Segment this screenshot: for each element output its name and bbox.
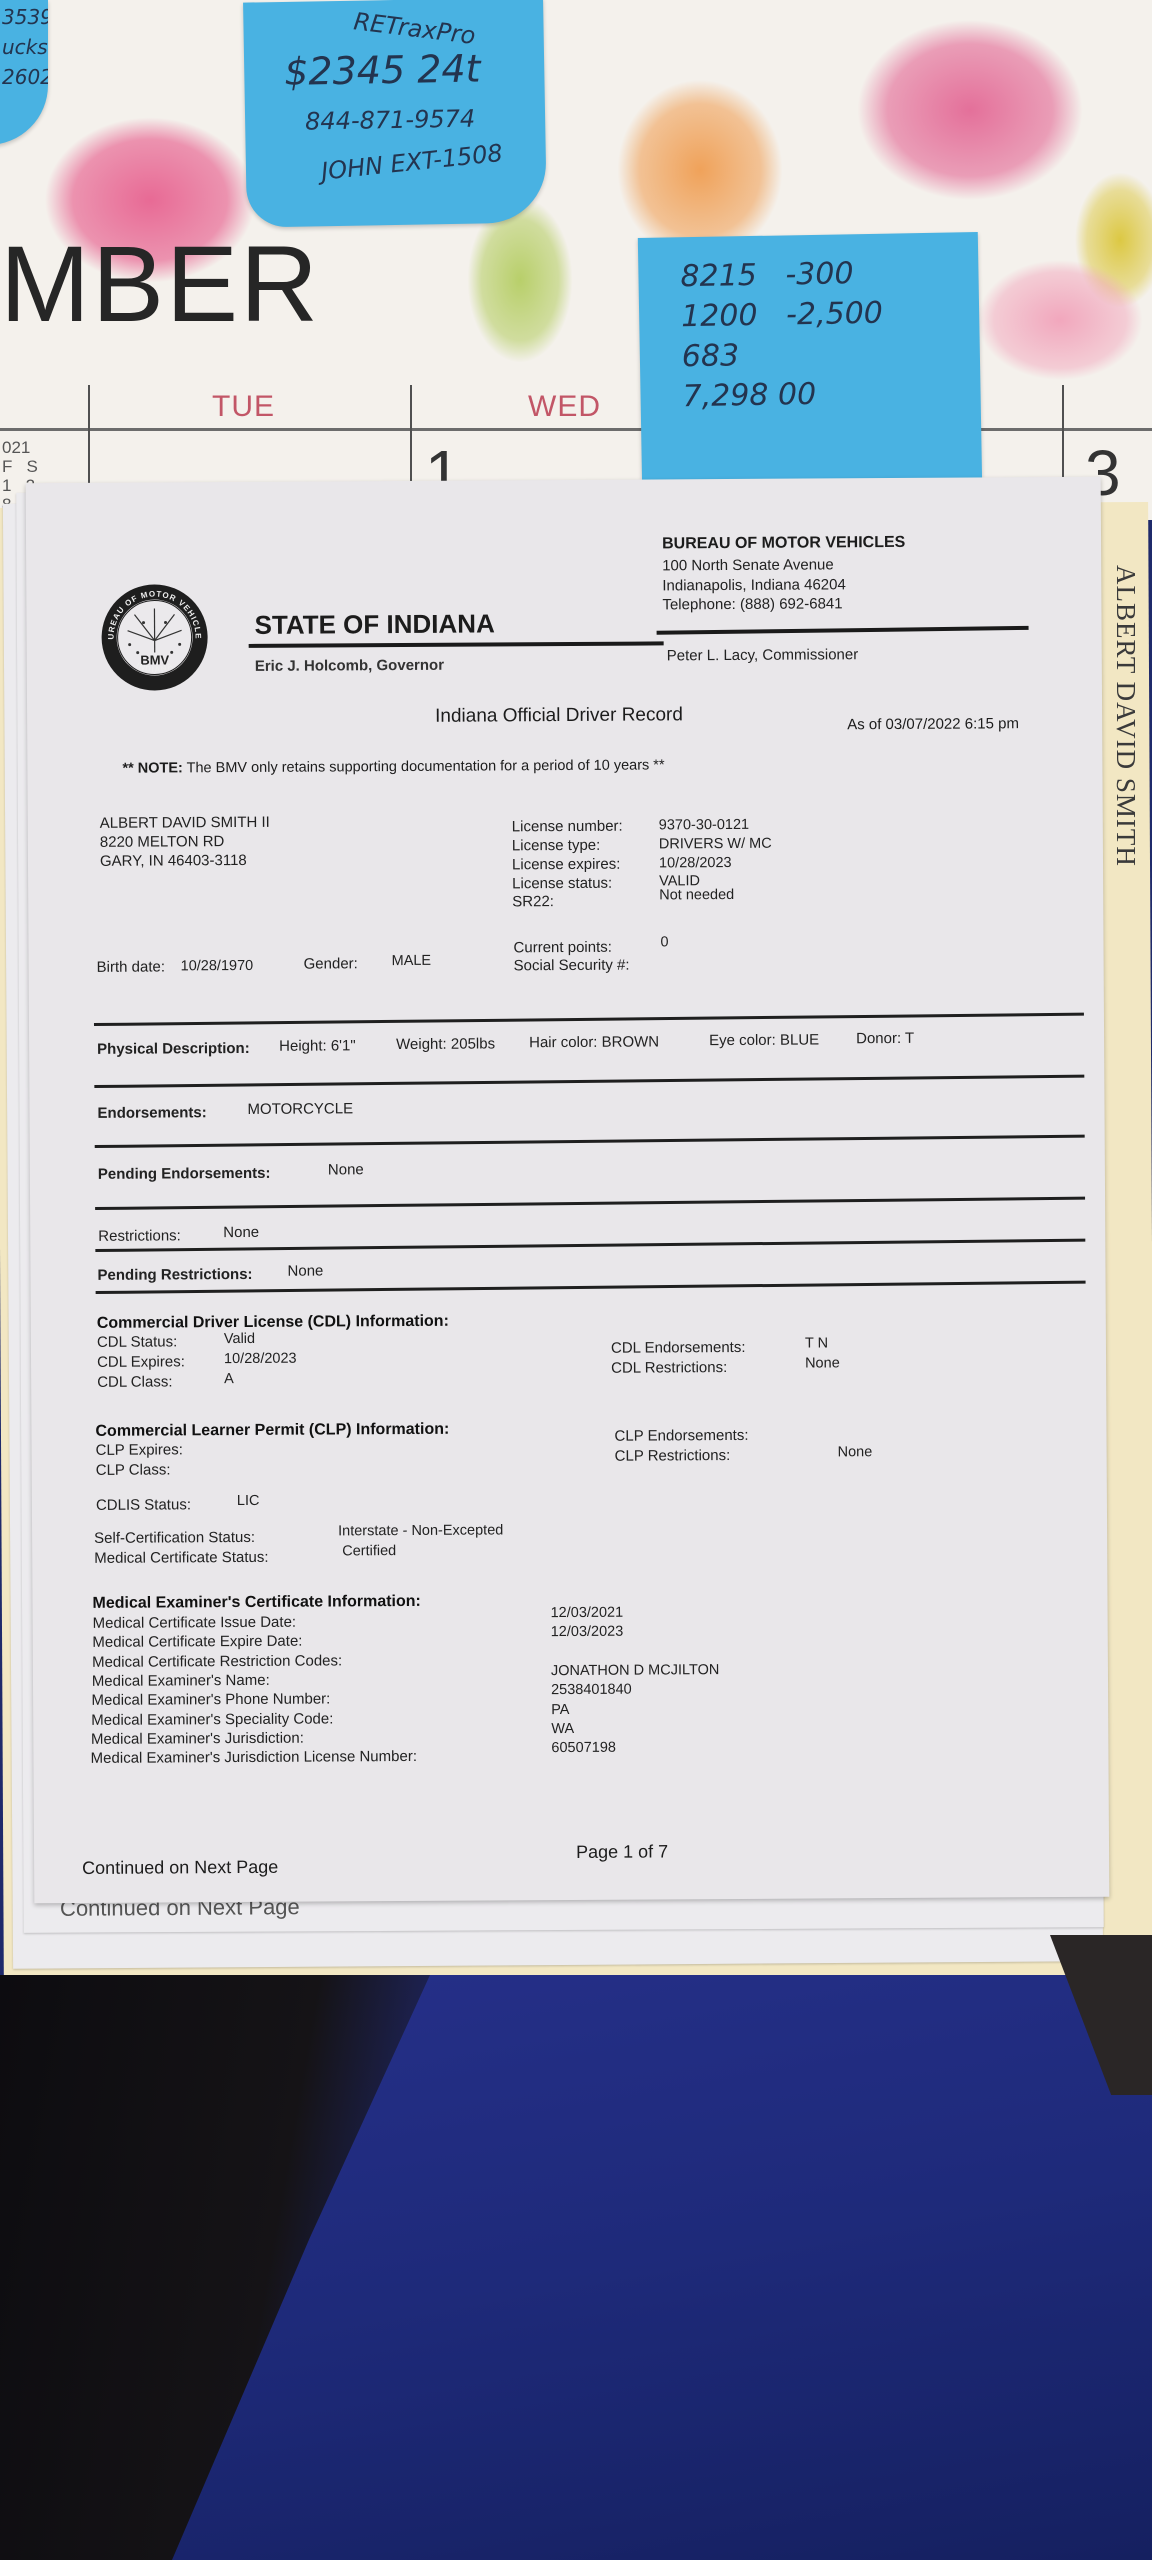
cdl-restrictions-label: CDL Restrictions: [611,1359,727,1377]
calendar-day-wed: WED [528,390,601,424]
folder-label: ALBERT DAVID SMITH [1110,565,1141,867]
clp-heading: Commercial Learner Permit (CLP) Informat… [95,1421,449,1441]
cdl-expires-label: CDL Expires: [97,1353,185,1371]
note-text: The BMV only retains supporting document… [183,757,665,776]
birth-date-label: Birth date: [97,958,165,975]
eye-color-value: Eye color: BLUE [709,1031,819,1049]
agency-address-line: 100 North Senate Avenue [662,556,834,574]
medical-row-label: Medical Examiner's Name: [92,1672,270,1690]
section-divider [95,1135,1085,1148]
cdl-status-value: Valid [224,1331,255,1347]
header-rule [657,626,1029,635]
license-type-label: License type: [512,837,600,855]
commissioner-name: Peter L. Lacy, Commissioner [667,646,859,664]
self-certification-value: Interstate - Non-Excepted [338,1522,503,1539]
medical-row-value: PA [551,1701,569,1717]
sticky-note: 8215 -300 1200 -2,500 683 7,298 00 [638,232,982,493]
pending-endorsements-value: None [328,1161,364,1178]
donor-value: Donor: T [856,1030,914,1047]
gender-label: Gender: [304,955,358,972]
physical-description-label: Physical Description: [97,1040,250,1058]
gender-value: MALE [392,953,432,969]
sticky-note-line: 3539 [2,2,48,32]
restrictions-value: None [223,1224,259,1241]
medical-row-label: Medical Examiner's Jurisdiction: [91,1729,304,1747]
medical-examiner-heading: Medical Examiner's Certificate Informati… [92,1593,420,1613]
medical-row-value: 12/03/2023 [551,1624,624,1640]
medical-certificate-status-value: Certified [342,1543,396,1559]
medical-row-value: JONATHON D MCJILTON [551,1662,719,1679]
section-divider [94,1075,1084,1088]
pending-endorsements-label: Pending Endorsements: [98,1165,271,1183]
endorsements-value: MOTORCYCLE [247,1100,353,1118]
license-type-value: DRIVERS W/ MC [659,836,772,853]
restrictions-label: Restrictions: [98,1227,181,1245]
ssn-label: Social Security #: [514,957,630,975]
license-status-label: License status: [512,875,612,893]
medical-row-label: Medical Certificate Restriction Codes: [92,1652,342,1671]
medical-certificate-status-label: Medical Certificate Status: [94,1549,268,1567]
driver-name: ALBERT DAVID SMITH II [100,814,270,832]
document-title: Indiana Official Driver Record [435,704,683,728]
license-number-label: License number: [512,818,623,836]
pending-restrictions-value: None [287,1262,323,1279]
medical-row-value: 60507198 [551,1740,616,1756]
note-prefix: ** NOTE: [122,760,183,776]
cdl-status-label: CDL Status: [97,1333,177,1350]
state-title: STATE OF INDIANA [254,608,494,640]
as-of-timestamp: As of 03/07/2022 6:15 pm [847,715,1019,733]
medical-row-value: 12/03/2021 [551,1605,624,1621]
sticky-note-line: 8215 -300 [680,253,937,297]
clp-class-label: CLP Class: [96,1461,171,1478]
agency-name: BUREAU OF MOTOR VEHICLES [662,534,905,553]
sticky-note-line: 1200 -2,500 [681,293,938,337]
pending-restrictions-label: Pending Restrictions: [97,1266,252,1284]
cdl-restrictions-value: None [805,1355,840,1371]
medical-row-label: Medical Examiner's Phone Number: [91,1691,330,1709]
retention-note: ** NOTE: The BMV only retains supporting… [122,757,664,776]
sr22-label: SR22: [512,893,554,910]
clp-expires-label: CLP Expires: [96,1441,183,1459]
hair-color-value: Hair color: BROWN [529,1033,659,1051]
clp-restrictions-value: None [838,1444,873,1460]
cdl-endorsements-label: CDL Endorsements: [611,1339,746,1357]
medical-row-value: WA [551,1721,574,1737]
current-points-label: Current points: [513,939,611,957]
driver-street: 8220 MELTON RD [100,833,225,851]
cdl-class-value: A [224,1371,234,1387]
governor-name: Eric J. Holcomb, Governor [255,657,444,675]
calendar-month-title: MBER [0,230,320,338]
agency-telephone: Telephone: (888) 692-6841 [662,595,842,613]
medical-row-label: Medical Examiner's Jurisdiction License … [91,1748,417,1767]
weight-value: Weight: 205lbs [396,1035,495,1053]
medical-row-label: Medical Examiner's Speciality Code: [91,1710,333,1728]
cdl-class-label: CDL Class: [97,1373,172,1390]
cdl-endorsements-value: T N [805,1335,828,1351]
self-certification-label: Self-Certification Status: [94,1529,255,1547]
driver-record-page: BMV BUREAU OF MOTOR VEHICLES INDIANA STA… [26,477,1110,1904]
continued-notice: Continued on Next Page [82,1857,278,1879]
driver-city-state-zip: GARY, IN 46403-3118 [100,852,247,870]
cdlis-status-value: LIC [237,1493,260,1509]
sticky-note: RETraxPro $2345 24t 844-871-9574 JOHN EX… [243,0,547,228]
cdlis-status-label: CDLIS Status: [96,1496,191,1514]
header-rule [249,641,664,648]
endorsements-label: Endorsements: [97,1104,206,1122]
medical-row-value: 2538401840 [551,1682,632,1698]
section-divider [95,1197,1085,1210]
height-value: Height: 6'1" [279,1037,356,1054]
medical-row-label: Medical Certificate Issue Date: [93,1614,297,1632]
cdl-expires-value: 10/28/2023 [224,1351,297,1367]
sr22-value: Not needed [659,887,734,903]
agency-address-line: Indianapolis, Indiana 46204 [662,576,846,594]
clp-restrictions-label: CLP Restrictions: [615,1447,731,1465]
section-divider [94,1013,1084,1026]
license-number-value: 9370-30-0121 [659,817,749,834]
clp-endorsements-label: CLP Endorsements: [614,1427,748,1445]
mini-calendar-line: 021 [2,438,38,457]
current-points-value: 0 [660,934,668,950]
sticky-note-line: ucks [2,32,48,62]
sticky-note-line: 7,298 00 [682,373,939,417]
sticky-note-line: 2602 [2,62,48,92]
birth-date-value: 10/28/1970 [181,958,254,974]
calendar-day-tue: TUE [212,390,275,424]
bmv-seal-icon: BMV BUREAU OF MOTOR VEHICLES INDIANA [99,582,210,693]
sticky-note-line: 683 [682,333,939,377]
medical-row-label: Medical Certificate Expire Date: [92,1633,302,1651]
cdl-heading: Commercial Driver License (CDL) Informat… [97,1313,449,1333]
page-indicator: Page 1 of 7 [576,1841,668,1863]
mini-calendar-line: F S [2,457,38,476]
license-expires-value: 10/28/2023 [659,855,732,871]
license-expires-label: License expires: [512,856,621,874]
